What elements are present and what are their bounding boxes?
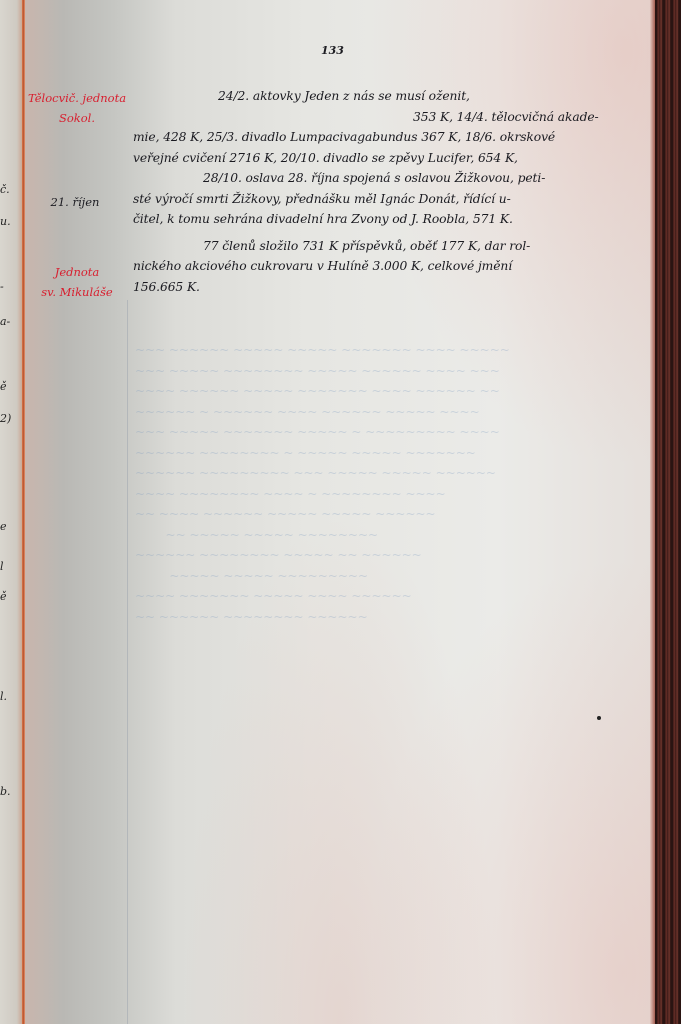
body-line: nického akciového cukrovaru v Hulíně 3.0… — [133, 256, 643, 277]
body-line: čitel, k tomu sehrána divadelní hra Zvon… — [133, 209, 643, 230]
body-line: 28/10. oslava 28. října spojená s oslavo… — [133, 168, 643, 189]
page-number: 133 — [321, 44, 344, 57]
facing-page-fragment: u. — [0, 215, 11, 228]
facing-page-fragment: 2) — [0, 412, 11, 425]
margin-note-line: Jednota — [27, 262, 127, 282]
facing-page-fragment: - — [0, 280, 4, 293]
margin-note-sokol: Tělocvič. jednota Sokol. — [27, 88, 127, 128]
facing-page-fragment: č. — [0, 183, 10, 196]
margin-note-line: 21. říjen — [25, 192, 125, 212]
body-line: mie, 428 K, 25/3. divadlo Lumpacivagabun… — [133, 127, 643, 148]
facing-page-fragment: l. — [0, 690, 7, 703]
facing-page-fragment: ě — [0, 590, 7, 603]
handwritten-body: 24/2. aktovky Jeden z nás se musí oženit… — [133, 86, 643, 297]
margin-rule — [127, 300, 128, 1024]
body-line: 77 členů složilo 731 K příspěvků, oběť 1… — [133, 236, 643, 257]
ledger-page: 133 Tělocvič. jednota Sokol. 21. říjen J… — [25, 0, 655, 1024]
body-line: sté výročí smrti Žižkovy, přednášku měl … — [133, 189, 643, 210]
body-line: 353 K, 14/4. tělocvičná akade- — [133, 107, 643, 128]
facing-page-fragment: ě — [0, 380, 7, 393]
facing-page-fragment: b. — [0, 785, 11, 798]
margin-note-line: Sokol. — [27, 108, 127, 128]
margin-note-date: 21. říjen — [25, 192, 125, 212]
body-line: 24/2. aktovky Jeden z nás se musí oženit… — [133, 86, 643, 107]
facing-page-edge: č. u. - a- ě 2) e l ě l. b. — [0, 0, 24, 1024]
facing-page-fragment: e — [0, 520, 7, 533]
book-page-stack — [655, 0, 681, 1024]
facing-page-fragment: l — [0, 560, 4, 573]
ink-spot — [597, 716, 601, 720]
margin-note-jednota: Jednota sv. Mikuláše — [27, 262, 127, 302]
facing-page-fragment: a- — [0, 315, 10, 328]
body-line: 156.665 K. — [133, 277, 643, 298]
body-line: veřejné cvičení 2716 K, 20/10. divadlo s… — [133, 148, 643, 169]
bleed-through-text: ~~~ ~~~~~~ ~~~~~ ~~~~~ ~~~~~~~ ~~~~ ~~~~… — [135, 340, 535, 627]
margin-note-line: Tělocvič. jednota — [27, 88, 127, 108]
margin-note-line: sv. Mikuláše — [27, 282, 127, 302]
